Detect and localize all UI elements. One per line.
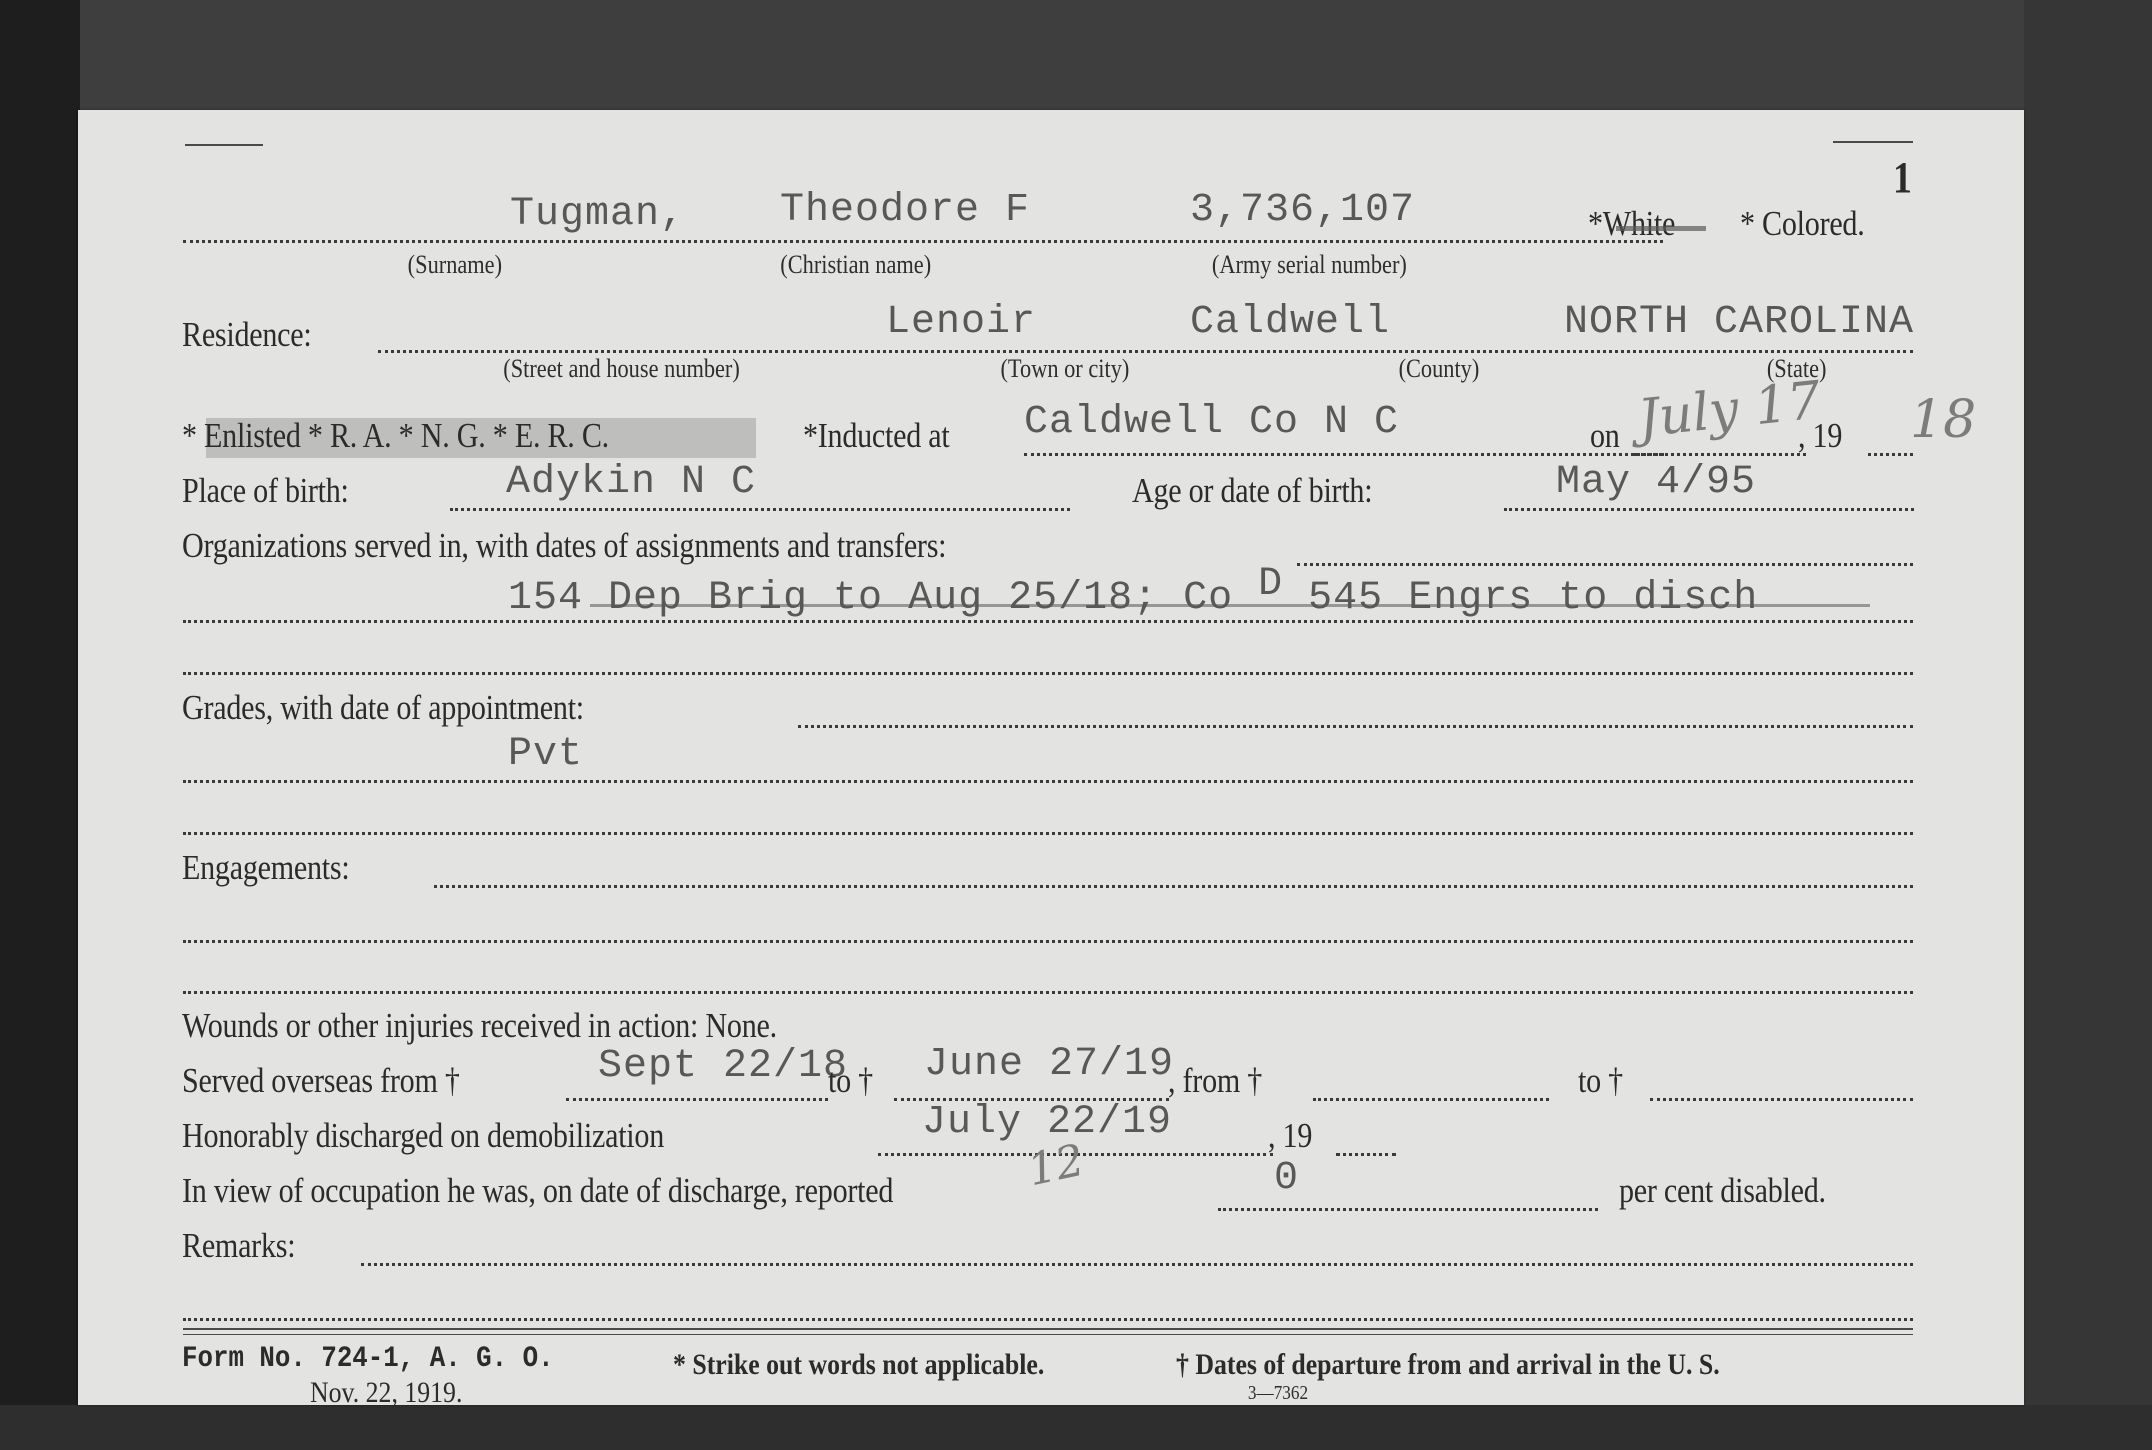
race-colored-label: * Colored. — [1740, 204, 1864, 244]
year-prefix: , 19 — [1798, 416, 1842, 456]
card-number: 1 — [1893, 152, 1912, 203]
inducted-at-line — [1024, 453, 1664, 456]
footer-double-rule-1 — [183, 1328, 1913, 1330]
organizations-label: Organizations served in, with dates of a… — [182, 526, 946, 566]
scanner-background-right — [2024, 0, 2152, 1450]
organizations-entry-part1: 154 Dep Brig to Aug 25/18; Co — [508, 576, 1233, 621]
overseas-from-line-1 — [566, 1098, 828, 1101]
place-of-birth-value: Adykin N C — [506, 460, 756, 505]
engagements-line-2 — [183, 940, 1913, 943]
grades-label: Grades, with date of appointment: — [182, 688, 584, 728]
remarks-line-1 — [361, 1263, 1913, 1266]
overseas-from-label-2: , from † — [1168, 1061, 1262, 1101]
form-date: Nov. 22, 1919. — [310, 1376, 462, 1410]
scanner-background-bottom — [0, 1405, 2152, 1450]
remarks-label: Remarks: — [182, 1226, 295, 1266]
grades-value: Pvt — [508, 732, 583, 777]
disability-suffix: per cent disabled. — [1619, 1171, 1826, 1211]
grades-line-1 — [798, 725, 1913, 728]
overseas-from-line-2 — [1313, 1098, 1549, 1101]
footnote-strike-out: * Strike out words not applicable. — [673, 1348, 1044, 1382]
birth-date-value: May 4/95 — [1556, 460, 1756, 505]
organizations-strike-through — [590, 604, 1870, 607]
footer-double-rule-2 — [183, 1334, 1913, 1335]
induction-year-line — [1868, 453, 1913, 456]
induction-date-line — [1634, 453, 1806, 456]
discharge-handwritten-note: 12 — [1023, 1135, 1088, 1197]
remarks-line-2 — [183, 1318, 1913, 1321]
serial-number-value: 3,736,107 — [1190, 188, 1415, 233]
overseas-departure-date: Sept 22/18 — [598, 1044, 848, 1089]
county-label: (County) — [1399, 354, 1480, 384]
discharge-year-line — [1336, 1153, 1396, 1156]
engagements-label: Engagements: — [182, 848, 349, 888]
footnote-dates: † Dates of departure from and arrival in… — [1176, 1348, 1720, 1382]
place-of-birth-line — [450, 508, 1070, 511]
on-label: on — [1590, 416, 1620, 456]
wounds-text: Wounds or other injuries received in act… — [182, 1006, 777, 1046]
organizations-entry-part2: 545 Engrs to disch — [1308, 576, 1758, 621]
inducted-at-value: Caldwell Co N C — [1024, 400, 1399, 445]
grades-line-3 — [183, 832, 1913, 835]
surname-value: Tugman, — [510, 192, 685, 237]
strike-out-white — [1616, 226, 1706, 231]
discharge-date-value: July 22/19 — [922, 1100, 1172, 1145]
induction-year-handwritten: 18 — [1910, 390, 1976, 450]
inducted-at-label: *Inducted at — [803, 416, 950, 456]
street-label: (Street and house number) — [503, 354, 740, 384]
residence-town-value: Lenoir — [886, 300, 1036, 345]
race-white-struck: *White — [1588, 204, 1675, 244]
organizations-entry: 154 Dep Brig to Aug 25/18; Co D 545 Engr… — [508, 576, 1758, 621]
name-line — [183, 240, 1663, 243]
engagements-line-3 — [183, 991, 1913, 994]
overseas-arrival-date: June 27/19 — [924, 1042, 1174, 1087]
organizations-line-1 — [1297, 563, 1913, 566]
scanner-background-left — [0, 0, 80, 1450]
organizations-line-3 — [183, 672, 1913, 675]
residence-state-value: NORTH CAROLINA — [1564, 300, 1914, 345]
residence-county-value: Caldwell — [1190, 300, 1390, 345]
residence-line — [378, 350, 1913, 353]
grades-line-2 — [183, 780, 1913, 783]
top-left-mark — [185, 144, 263, 146]
serial-number-label: (Army serial number) — [1212, 250, 1407, 280]
place-of-birth-label: Place of birth: — [182, 471, 349, 511]
race-white-label: *White — [1588, 204, 1675, 243]
induction-date-handwritten: July 17 — [1635, 371, 1823, 450]
overseas-to-label: to † — [828, 1061, 873, 1101]
form-number: Form No. 724-1, A. G. O. — [182, 1342, 554, 1376]
disability-percent-value: 0 — [1274, 1156, 1299, 1201]
organizations-company-letter: D — [1258, 562, 1283, 607]
residence-label: Residence: — [182, 315, 311, 355]
overseas-to-line-2 — [1650, 1098, 1913, 1101]
overseas-to-label-2: to † — [1578, 1061, 1623, 1101]
top-right-mark — [1833, 141, 1913, 143]
birth-date-line — [1504, 508, 1914, 511]
disability-percent-line — [1218, 1208, 1598, 1211]
enlistment-options: * Enlisted * R. A. * N. G. * E. R. C. — [182, 416, 609, 456]
print-code: 3—7362 — [1248, 1382, 1308, 1405]
christian-name-label: (Christian name) — [780, 250, 931, 280]
discharge-label: Honorably discharged on demobilization — [182, 1116, 664, 1156]
served-overseas-label: Served overseas from † — [182, 1061, 460, 1101]
surname-label: (Surname) — [408, 250, 502, 280]
discharge-year-prefix: , 19 — [1268, 1116, 1312, 1156]
christian-name-value: Theodore F — [780, 188, 1030, 233]
age-label: Age or date of birth: — [1132, 471, 1372, 511]
service-record-card: 1 Tugman, Theodore F 3,736,107 (Surname)… — [78, 110, 2024, 1405]
engagements-line-1 — [434, 885, 1913, 888]
town-label: (Town or city) — [1000, 354, 1129, 384]
disability-label: In view of occupation he was, on date of… — [182, 1171, 893, 1211]
